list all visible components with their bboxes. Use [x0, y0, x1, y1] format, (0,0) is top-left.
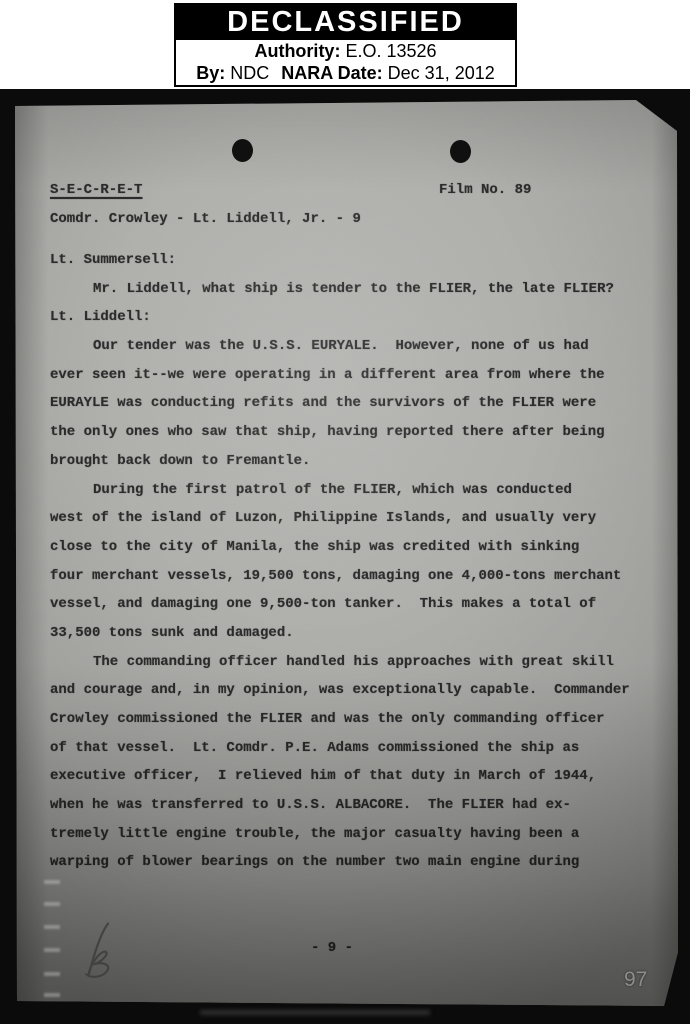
page-number: - 9 -: [300, 940, 364, 956]
body-line: 33,500 tons sunk and damaged.: [50, 619, 650, 648]
stamp-title: DECLASSIFIED: [176, 5, 515, 40]
body-line: ever seen it--we were operating in a dif…: [50, 361, 650, 390]
stamp-authority-line: Authority: E.O. 13526: [176, 40, 515, 62]
body-line: brought back down to Fremantle.: [50, 447, 650, 476]
classification-marking: S-E-C-R-E-T: [50, 182, 142, 198]
header-strip: DECLASSIFIED Authority: E.O. 13526 By: N…: [0, 0, 690, 89]
body-line: tremely little engine trouble, the major…: [50, 820, 650, 849]
body-line: of that vessel. Lt. Comdr. P.E. Adams co…: [50, 734, 650, 763]
body-line: Lt. Summersell:: [50, 246, 650, 275]
nara-date-value: Dec 31, 2012: [388, 63, 495, 83]
by-value: NDC: [230, 63, 269, 83]
binding-mark: [44, 925, 60, 929]
by-label: By:: [196, 63, 225, 83]
authority-value: E.O. 13526: [345, 41, 436, 61]
document-body: Lt. Summersell: Mr. Liddell, what ship i…: [50, 246, 650, 877]
document-header-line: Comdr. Crowley - Lt. Liddell, Jr. - 9: [50, 211, 361, 227]
body-line: During the first patrol of the FLIER, wh…: [50, 476, 650, 505]
film-number: Film No. 89: [439, 182, 531, 198]
binding-mark: [44, 972, 60, 976]
body-line: EURAYLE was conducting refits and the su…: [50, 389, 650, 418]
declassified-stamp: DECLASSIFIED Authority: E.O. 13526 By: N…: [174, 3, 517, 87]
binding-mark: [44, 880, 60, 884]
binding-mark: [44, 948, 60, 952]
punch-hole-left: [232, 139, 253, 162]
body-line: Lt. Liddell:: [50, 303, 650, 332]
body-line: vessel, and damaging one 9,500-ton tanke…: [50, 590, 650, 619]
body-line: warping of blower bearings on the number…: [50, 848, 650, 877]
film-edge-smear: [200, 1010, 430, 1015]
body-line: close to the city of Manila, the ship wa…: [50, 533, 650, 562]
frame-number: 97: [624, 968, 647, 992]
body-line: the only ones who saw that ship, having …: [50, 418, 650, 447]
nara-date-label: NARA Date:: [281, 63, 382, 83]
binding-mark: [44, 902, 60, 906]
body-line: four merchant vessels, 19,500 tons, dama…: [50, 562, 650, 591]
body-line: when he was transferred to U.S.S. ALBACO…: [50, 791, 650, 820]
body-line: Our tender was the U.S.S. EURYALE. Howev…: [50, 332, 650, 361]
punch-hole-right: [450, 140, 471, 163]
authority-label: Authority:: [254, 41, 340, 61]
body-line: and courage and, in my opinion, was exce…: [50, 676, 650, 705]
stamp-by-line: By: NDC NARA Date: Dec 31, 2012: [176, 62, 515, 84]
scanned-page: S-E-C-R-E-T Film No. 89 Comdr. Crowley -…: [15, 100, 678, 1006]
handwritten-initial-b: [67, 919, 125, 984]
body-line: The commanding officer handled his appro…: [50, 648, 650, 677]
body-line: west of the island of Luzon, Philippine …: [50, 504, 650, 533]
body-line: Crowley commissioned the FLIER and was t…: [50, 705, 650, 734]
binding-mark: [44, 993, 60, 997]
scanned-document-frame: DECLASSIFIED Authority: E.O. 13526 By: N…: [0, 0, 690, 1024]
body-line: Mr. Liddell, what ship is tender to the …: [50, 275, 650, 304]
body-line: executive officer, I relieved him of tha…: [50, 762, 650, 791]
